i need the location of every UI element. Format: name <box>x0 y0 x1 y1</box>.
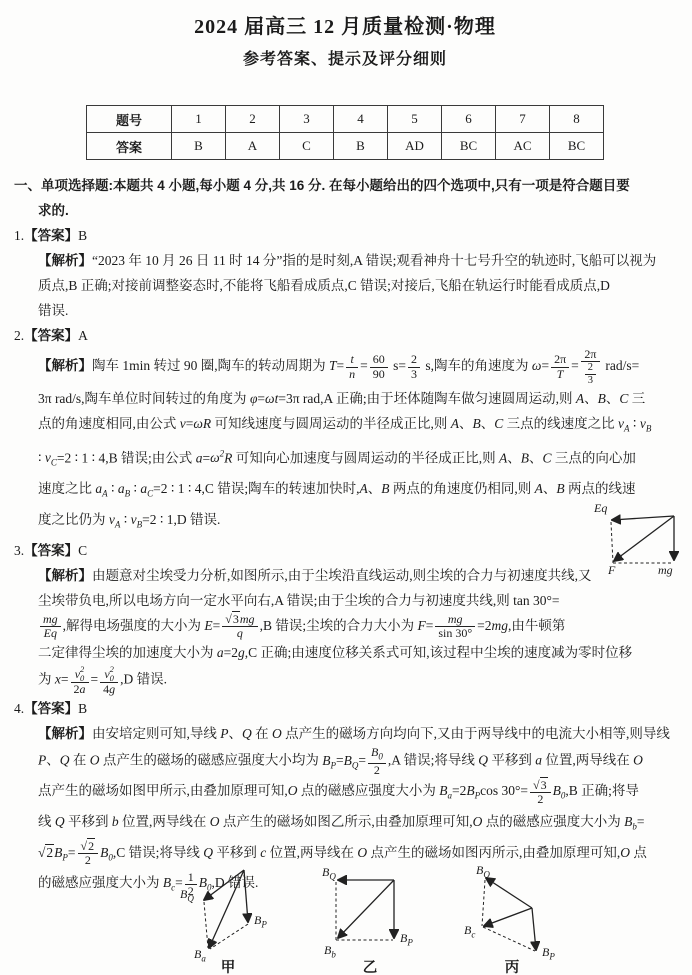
solution-line: 二定律得尘埃的加速度大小为 a=2g,C 正确;由速度位移关系式可知,该过程中尘… <box>38 640 676 665</box>
field-diagram-bing-svg <box>462 866 562 956</box>
dashed-line <box>210 924 248 949</box>
section-heading-line: 求的. <box>38 198 676 223</box>
solution-line: 速度之比 aA ∶ aB ∶ aC=2 ∶ 1 ∶ 4,C 错误;陶车的转速加快… <box>38 476 676 507</box>
answer-letter: B <box>78 701 87 716</box>
answer-cell: B <box>172 133 226 160</box>
solution-line: ∶ vC=2 ∶ 1 ∶ 4,B 错误;由公式 a=ω2R 可知向心加速度与圆周… <box>38 442 676 476</box>
bp-vector <box>532 908 536 950</box>
dashed-line <box>483 927 535 951</box>
solution-line: 点的角速度相同,由公式 v=ωR 可知线速度与圆周运动的半径成正比,则 A、B、… <box>38 411 676 442</box>
answer-cell: AC <box>496 133 550 160</box>
question-1-solution: 1.【答案】B 【解析】“2023 年 10 月 26 日 11 时 14 分”… <box>14 223 676 323</box>
solution-line: P、Q 在 O 点产生的磁场的磁感应强度大小均为 BP=BQ=B02,A 错误;… <box>38 746 676 778</box>
bq-vector <box>486 878 532 908</box>
question-number-cell: 2 <box>226 106 280 133</box>
mg-label: mg <box>658 564 673 576</box>
eq-force-arrow <box>612 516 674 520</box>
answer-cell: C <box>280 133 334 160</box>
table-row-question-numbers: 题号 1 2 3 4 5 6 7 8 <box>87 106 604 133</box>
question-number-cell: 3 <box>280 106 334 133</box>
bq-label: BQ <box>322 866 336 881</box>
net-force-arrow <box>614 516 674 561</box>
answer-label: 1.【答案】B <box>14 223 676 248</box>
bp-label: BP <box>254 914 267 929</box>
solution-line: mgEq,解得电场强度的大小为 E=√3mgq,B 错误;尘埃的合力大小为 F=… <box>38 613 676 641</box>
field-diagram-yi: BQ BP Bb 乙 <box>320 866 420 974</box>
answer-cell: B <box>334 133 388 160</box>
solution-line: 尘埃带负电,所以电场方向一定水平向右,A 错误;由于尘埃的合力与初速度共线,则 … <box>38 588 676 613</box>
section-heading-line: 一、单项选择题:本题共 4 小题,每小题 4 分,共 16 分. 在每小题给出的… <box>14 173 676 198</box>
bb-resultant-vector <box>338 880 394 938</box>
solution-line: 【解析】陶车 1min 转过 90 圈,陶车的转动周期为 T=tn=6090 s… <box>38 348 676 386</box>
field-diagrams-row: BQ BP Ba 甲 BQ BP Bb 乙 <box>178 866 562 974</box>
answer-label: 3.【答案】C <box>14 538 676 563</box>
solution-line: 点产生的磁场如图甲所示,由叠加原理可知,O 点的磁感应强度大小为 Ba=2BPc… <box>38 778 676 809</box>
section-heading: 一、单项选择题:本题共 4 小题,每小题 4 分,共 16 分. 在每小题给出的… <box>14 173 676 223</box>
solution-line: 错误. <box>38 298 676 323</box>
answer-cell: BC <box>442 133 496 160</box>
question-2-solution: 2.【答案】A 【解析】陶车 1min 转过 90 圈,陶车的转动周期为 T=t… <box>14 323 676 538</box>
eq-label: Eq <box>594 502 607 514</box>
page-subtitle: 参考答案、提示及评分细则 <box>14 46 676 69</box>
question-number-cell: 1 <box>172 106 226 133</box>
solution-line: 质点,B 正确;对接前调整姿态时,不能将飞船看成质点,C 错误;对接后,飞船在轨… <box>38 273 676 298</box>
row-label-cell: 题号 <box>87 106 172 133</box>
answer-label: 2.【答案】A <box>14 323 676 348</box>
bc-resultant-vector <box>484 908 532 926</box>
solution-line: 为 x=v202a=v204g,D 错误. <box>38 665 676 696</box>
dashed-line <box>611 522 613 563</box>
question-number-cell: 4 <box>334 106 388 133</box>
field-diagram-jia: BQ BP Ba 甲 <box>178 866 278 974</box>
dashed-line <box>204 902 208 948</box>
question-number-cell: 7 <box>496 106 550 133</box>
question-number-cell: 8 <box>550 106 604 133</box>
bp-label: BP <box>400 932 413 947</box>
bc-label: Bc <box>464 924 475 939</box>
answer-cell: A <box>226 133 280 160</box>
answer-table: 题号 1 2 3 4 5 6 7 8 答案 B A C B AD BC AC B… <box>86 105 604 160</box>
force-diagram: Eq F mg <box>594 504 690 580</box>
question-3-solution: 3.【答案】C 【解析】由题意对尘埃受力分析,如图所示,由于尘埃沿直线运动,则尘… <box>14 538 676 697</box>
answer-letter: A <box>78 328 88 343</box>
figure-caption: 乙 <box>320 956 420 975</box>
question-number-cell: 6 <box>442 106 496 133</box>
answer-letter: C <box>78 543 87 558</box>
solution-line: 线 Q 平移到 b 位置,两导线在 O 点产生的磁场如图乙所示,由叠加原理可知,… <box>38 809 676 840</box>
solution-line: 【解析】由题意对尘埃受力分析,如图所示,由于尘埃沿直线运动,则尘埃的合力与初速度… <box>38 563 676 588</box>
answer-cell: BC <box>550 133 604 160</box>
bp-vector <box>244 870 248 922</box>
page-title: 2024 届高三 12 月质量检测·物理 <box>14 10 676 39</box>
f-label: F <box>608 564 615 576</box>
ba-resultant-vector <box>209 870 244 948</box>
dashed-line <box>482 880 485 926</box>
solution-line: 【解析】“2023 年 10 月 26 日 11 时 14 分”指的是时刻,A … <box>38 248 676 273</box>
question-number-cell: 5 <box>388 106 442 133</box>
solution-line: 3π rad/s,陶车单位时间转过的角度为 φ=ωt=3π rad,A 正确;由… <box>38 386 676 411</box>
figure-caption: 甲 <box>178 956 278 975</box>
bq-label: BQ <box>476 864 490 879</box>
solution-line: 度之比仍为 vA ∶ vB=2 ∶ 1,D 错误. <box>38 507 676 538</box>
field-diagram-jia-svg <box>178 866 278 956</box>
solution-line: 【解析】由安培定则可知,导线 P、Q 在 O 点产生的磁场方向均向下,又由于两导… <box>38 721 676 746</box>
answer-letter: B <box>78 228 87 243</box>
bq-vector <box>204 870 244 900</box>
field-diagram-bing: BQ Bc BP 丙 <box>462 866 562 974</box>
answer-cell: AD <box>388 133 442 160</box>
table-row-answers: 答案 B A C B AD BC AC BC <box>87 133 604 160</box>
row-label-cell: 答案 <box>87 133 172 160</box>
figure-caption: 丙 <box>462 956 562 975</box>
bq-label: BQ <box>180 888 194 903</box>
answer-label: 4.【答案】B <box>14 696 676 721</box>
exam-answer-sheet: 2024 届高三 12 月质量检测·物理 参考答案、提示及评分细则 题号 1 2… <box>0 0 692 975</box>
